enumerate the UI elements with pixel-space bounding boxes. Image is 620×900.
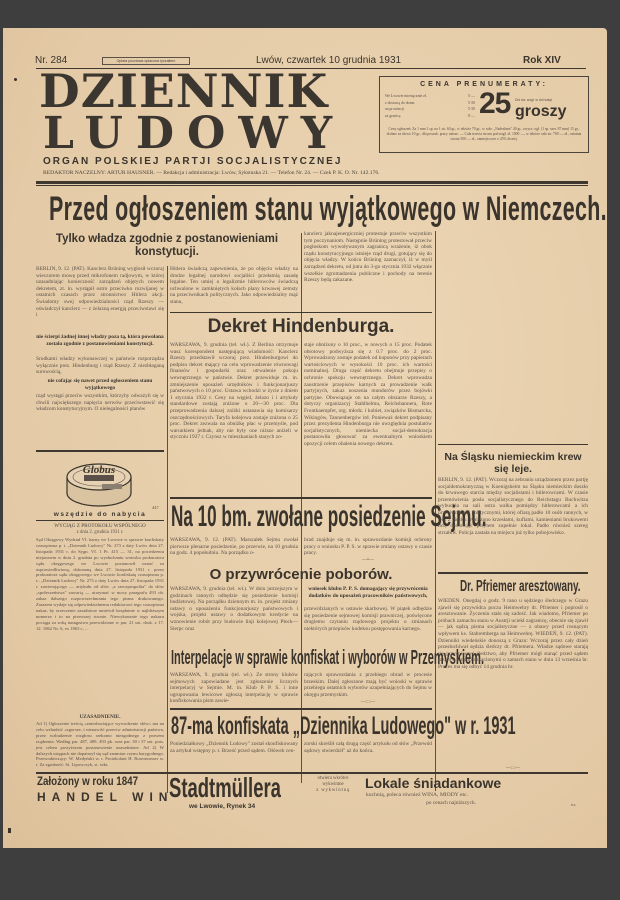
svg-text:Globus: Globus — [83, 464, 115, 476]
price-note: Dni św. wzgl. w dni święt — [515, 98, 552, 102]
rate-row: za granicą8·— — [385, 113, 475, 120]
article-konfiskata-col2: zorski skreślił całą drugą część artykuł… — [304, 741, 432, 763]
separator: —:::— — [304, 700, 432, 705]
footer-rule — [36, 772, 588, 774]
header-rule — [36, 181, 588, 184]
headline-pfriemer: Dr. Pfriemer aresztowany. — [460, 578, 581, 596]
article-pobory-bold: wniosek klubu P. P. S. domagający się pr… — [304, 586, 432, 606]
column-rule — [167, 266, 168, 546]
article-sejm-col1: WARSZAWA, 9. 12. (PAT). Marszałek Sejmu … — [170, 537, 298, 565]
column-rule — [167, 523, 168, 793]
article-sejm-col2: brad znajduje się m. in. sprawozdanie ko… — [304, 537, 432, 559]
article-tylko-wladza-col3: kanclerz jaknajenergiczniej protestuje p… — [304, 231, 432, 311]
article-pfriemer: WIEDEŃ. Onegdaj o godz. 9 rano u sędzieg… — [438, 598, 588, 766]
price-unit: groszy — [515, 103, 567, 121]
article-tylko-wladza-col1: BERLIN, 9. 12. (PAT). Kanclerz Brüning w… — [36, 266, 164, 419]
wyciag-title: WYCIĄG Z PROTOKOŁU WSPÓLNEGO — [36, 523, 164, 529]
article-dekret-col2: staje obniżony o 10 proc., w nowych o 15… — [304, 342, 432, 494]
section-rule — [170, 708, 432, 710]
wyciag-section: UZASADNIENIE. — [36, 714, 164, 720]
section-rule — [438, 444, 588, 445]
masthead-subtitle: ORGAN POLSKIEJ PARTJI SOCJALISTYCZNEJ — [43, 156, 342, 167]
article-pobory-col2: przewidzianych w ustawie skarbowej. W pi… — [304, 606, 432, 644]
ad-stadtmuller-address: we Lwowie, Rynek 34 — [189, 803, 255, 810]
wyciag-body: Sąd Okręgowy Wydział VI. karny we Lwowie… — [36, 537, 164, 713]
article-dekret-col1: WARSZAWA, 9. grudnia (tel. wł.). Z Berli… — [170, 342, 298, 494]
ad-prices: Ceny ogłoszeń: Za 1 mm 1 sp. na 1 str. 6… — [386, 127, 582, 153]
article-pobory-col1: WARSZAWA, 9. grudnia (tel. wł.). W dniu … — [170, 586, 298, 644]
column-rule — [301, 586, 302, 644]
masthead-line2: LUDOWY — [43, 114, 345, 154]
separator: —•— — [304, 558, 432, 563]
ad-lokale-text: kuchnią, poleca również WINA, MIODY etc. — [366, 792, 468, 798]
margin-mark — [8, 828, 11, 833]
section-rule — [170, 497, 432, 499]
headline-tylko-wladza: Tylko władza zgodnie z postanowieniami k… — [36, 233, 298, 259]
ad-handel-line2: HANDEL WIN — [37, 790, 173, 804]
ad-tagline: wszędzie do nabycia — [36, 511, 164, 518]
price-number: 25 — [479, 87, 510, 121]
newspaper-page: Nr. 284 Opłata pocztowa opłacona ryczałt… — [3, 28, 607, 848]
header-rule-thin — [36, 185, 588, 186]
headline-dekret: Dekret Hindenburga. — [170, 316, 432, 338]
main-headline: Przed ogłoszeniem stanu wyjątkowego w Ni… — [49, 189, 607, 229]
volume: Rok XIV — [523, 55, 561, 66]
subscription-box: CENA PRENUMERATY: We Lwowie miesięcznie … — [379, 76, 589, 153]
globus-tin-icon: Globus — [64, 457, 134, 509]
ad-handel-line1: Założony w roku 1847 — [37, 776, 138, 788]
ad-stadtmuller-name: Stadtmüllera — [169, 772, 281, 804]
masthead-line1: DZIENNIK — [39, 70, 328, 112]
subscription-rates: We Lwowie miesięcznie zł.5·— z dostawą d… — [385, 93, 475, 119]
article-maly-hittler — [438, 268, 588, 442]
ad-rule — [36, 450, 164, 452]
separator: —:::— — [438, 766, 588, 771]
headline-slask: Na Śląsku niemieckim krew się leje. — [438, 451, 588, 475]
ad-globus: Globus 447 wszędzie do nabycia — [36, 453, 164, 519]
section-rule — [170, 312, 432, 313]
ad-lokale-text2: po cenach najniższych. — [366, 800, 536, 806]
article-interpelacje-col1: WARSZAWA, 9. grudnia (tel. wł.). Ze stro… — [170, 672, 298, 706]
ad-lokale-code: ics — [571, 802, 575, 807]
ad-lokale-pre: otwiera wkrótce wykwintne z wykwintną — [303, 776, 363, 794]
ad-rule — [36, 520, 164, 521]
ad-lokale-title: Lokale śniadankowe — [365, 775, 501, 791]
editor-line: REDAKTOR NACZELNY: ARTUR HAUSNER. — Reda… — [43, 170, 380, 176]
section-rule — [438, 572, 588, 574]
article-slask: BERLIN, 9. 12. (PAT). Wczoraj na zebrani… — [438, 477, 588, 571]
ad-number: 447 — [152, 505, 159, 510]
wyciag-subtitle: z dnia 2. grudnia 1931 r. — [36, 530, 164, 535]
article-tylko-wladza-col2: Hitlera świadczą zapewnienia, że po obję… — [170, 266, 298, 310]
headline-pobory: O przywrócenie poborów. — [170, 566, 432, 583]
margin-mark — [14, 78, 17, 81]
article-interpelacje-col2: rających sprawozdania z przebiegu obrad … — [304, 672, 432, 700]
article-konfiskata-col1: Poniedziałkowy „Dziennik Ludowy" został … — [170, 741, 298, 763]
